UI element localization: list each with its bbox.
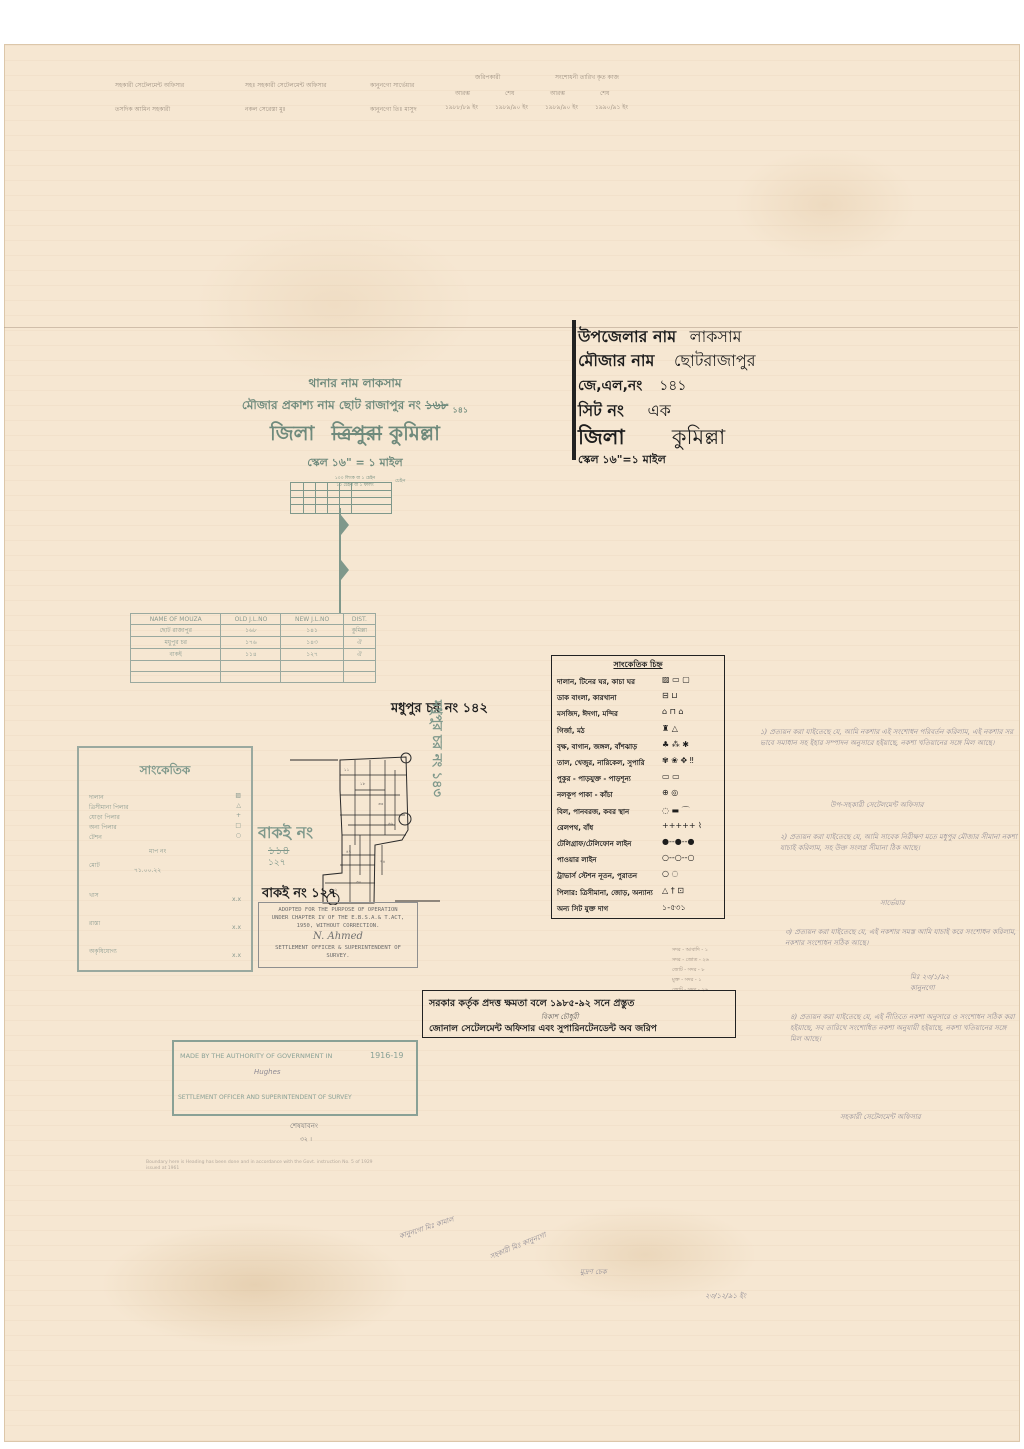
old-title-block: থানার নাম লাকসাম মৌজার প্রকাশ্য নাম ছোট … — [190, 375, 520, 489]
legend-symbol-icon: ⊟ ⊔ — [662, 691, 678, 700]
table-row: মধুপুর চর১৭৬১৪৩ঐ — [131, 637, 376, 649]
old-scale: স্কেল ১৬" = ১ মাইল — [190, 454, 520, 473]
preparation-box: সরকার কর্তৃক প্রদত্ত ক্ষমতা বলে ১৯৮৫-৯২ … — [422, 990, 736, 1038]
made-by-stamp: MADE BY THE AUTHORITY OF GOVERNMENT IN 1… — [172, 1040, 418, 1116]
legend-symbol-icon: ●--●--● — [662, 837, 695, 846]
old-legend-symbol-icon: + — [236, 812, 241, 819]
svg-text:৭৪: ৭৪ — [380, 859, 386, 864]
sheet-value: এক — [647, 401, 670, 420]
old-legend-area-value: x.x — [232, 896, 241, 903]
legend-item-label: মসজিদ, ঈদগা, মন্দির — [557, 708, 618, 720]
new-mouza-number: ১৪১ — [453, 405, 469, 414]
sheet-label: সিট নং — [578, 401, 624, 420]
svg-text:৩৩: ৩৩ — [378, 801, 384, 806]
legend-symbol-icon: ○--○--○ — [662, 853, 695, 862]
west-new-number: ১২৭ — [268, 855, 286, 870]
legend-item-label: তাল, খেজুর, নারিকেল, সুপারি — [557, 757, 645, 769]
old-mouza-name: মৌজার প্রকাশ্য নাম ছোট রাজাপুর নং — [242, 398, 421, 412]
tally-line: সদর - আবাদি - ১ — [672, 945, 709, 955]
old-legend-symbol-icon: ▨ — [235, 792, 241, 799]
old-legend-item: টেশন — [89, 832, 102, 843]
old-district-prefix: জিলা — [270, 421, 314, 445]
footer-note: Boundary here is Heading has been done a… — [146, 1160, 386, 1172]
legend-symbol-icon: ✾ ❀ ✥ ‼ — [662, 756, 694, 765]
scale-bar — [290, 482, 392, 514]
old-district-new: কুমিল্লা — [389, 421, 440, 445]
legend-symbol-icon: ▭ ▭ — [662, 772, 680, 781]
north-arrow-head — [341, 515, 349, 535]
adopted-signature: N. Ahmed — [259, 930, 417, 944]
svg-text:৩০: ৩০ — [356, 879, 362, 884]
old-legend-symbol-icon: □ — [235, 822, 241, 829]
mouza-label: মৌজার নাম — [578, 351, 654, 370]
old-sheet-value: ৩২ । — [300, 1134, 312, 1145]
made-signature: Hughes — [254, 1068, 281, 1076]
old-sheet-label: শেষযাবনং — [290, 1120, 318, 1132]
old-legend-area-label: রাস্তা — [89, 918, 100, 929]
legend-symbol-icon: ○ ◌ — [662, 869, 679, 878]
table-row — [131, 661, 376, 672]
scale-unit: চেইন — [395, 478, 405, 486]
legend-item-label: পিলার: ত্রিসীমানা, জোড়, অন্যান্য — [557, 887, 653, 899]
legend-item-label: পুকুর - পাড়যুক্ত - পাড়শূন্য — [557, 773, 631, 785]
old-legend-box: সাংকেতিক দালান▨ত্রিসীমানা পিলার△যোড়া পি… — [77, 746, 253, 972]
legend-symbol-icon: +++++ ⌇ — [662, 821, 702, 830]
table-row — [131, 672, 376, 683]
legend-item-label: নলকূপ পাকা - কাঁচা — [557, 789, 613, 801]
legend-item-label: রেলপথ, বাঁধ — [557, 822, 593, 834]
legend-item-label: পাওয়ার লাইন — [557, 854, 596, 866]
north-arrow-tail — [341, 560, 349, 580]
legend-symbol-icon: ⊕ ◎ — [662, 788, 678, 797]
svg-text:১১: ১১ — [344, 767, 350, 772]
adopted-stamp: ADOPTED FOR THE PURPOSE OF OPERATION UND… — [258, 902, 418, 968]
upazila-label: উপজেলার নাম — [578, 327, 676, 346]
mouza-value: ছোটরাজাপুর — [674, 351, 756, 370]
legend-box: সাংকেতিক চিহ্ন দালান, টিনের ঘর, কাচা ঘর▨… — [551, 655, 725, 919]
mouza-table: NAME OF MOUZA OLD J.L.NO NEW J.L.NO DIST… — [130, 613, 376, 683]
old-legend-area-value: x.x — [232, 952, 241, 959]
district-label: জিলা — [578, 425, 625, 449]
old-district-struck: ত্রিপুরা — [331, 421, 382, 445]
legend-item-label: ডাক বাংলা, কারখানা — [557, 692, 616, 704]
legend-item-label: বিল, পানবরজ, কবর স্থান — [557, 806, 629, 818]
district-value: কুমিল্লা — [672, 425, 725, 449]
old-legend-symbol-icon: ○ — [236, 832, 241, 839]
old-mouza-number: ১৬৮ — [425, 398, 448, 412]
old-legend-area-value: x.x — [232, 924, 241, 931]
tally-line: সদর - জোত - ২৬ — [672, 955, 709, 965]
old-legend-area-label: অকৃষিযোগ্য — [89, 946, 117, 957]
legend-item-label: অন্য সিট যুক্ত দাগ — [557, 903, 608, 915]
tally-line: মুক্ত - সদর - ১ — [672, 975, 709, 985]
table-row: ছোট রাজাপুর১৬৮১৪১কুমিল্লা — [131, 625, 376, 637]
svg-text:৬৯: ৬৯ — [388, 821, 394, 826]
legend-symbol-icon: ⌂ ⊓ ⌂ — [662, 707, 683, 716]
side-tally: সদর - আবাদি - ১সদর - জোত - ২৬জোট - সদর -… — [672, 945, 709, 995]
legend-item-label: গির্জা, মঠ — [557, 725, 585, 737]
jl-value: ১৪১ — [659, 378, 686, 394]
svg-text:৪৭: ৪৭ — [346, 849, 352, 854]
east-neighbor-label: মধুপুর চর নং ১৪৩ — [430, 700, 446, 820]
legend-item-label: ট্রাভার্স স্টেশন নূতন, পুরাতন — [557, 870, 637, 882]
old-legend-area-label: খাস — [89, 890, 99, 901]
legend-item-label: টেলিগ্রাফ/টেলিফোন লাইন — [557, 838, 631, 850]
tally-line: জোট - সদর - ৮ — [672, 965, 709, 975]
legend-item-label: বৃক্ষ, বাগান, জঙ্গল, বাঁশঝাড় — [557, 741, 637, 753]
thana-name: থানার নাম লাকসাম — [190, 375, 520, 395]
title-bar-decoration — [572, 320, 576, 460]
legend-symbol-icon: ♜ △ — [662, 724, 678, 733]
legend-symbol-icon: ◌ ▬ ⌒ — [662, 805, 690, 816]
upazila-value: লাকসাম — [690, 327, 742, 346]
legend-symbol-icon: ♣ ⁂ ✱ — [662, 740, 689, 749]
legend-item-label: দালান, টিনের ঘর, কাচা ঘর — [557, 676, 635, 688]
jl-label: জে,এল,নং — [578, 378, 642, 394]
legend-symbol-icon: △ † ⊡ — [662, 886, 684, 895]
scale-text: স্কেল ১৬"=১ মাইল — [578, 451, 666, 470]
old-legend-title: সাংকেতিক — [79, 762, 251, 782]
fold-line — [4, 327, 1018, 328]
table-row: বাকই১১৪১২৭ঐ — [131, 649, 376, 661]
legend-title: সাংকেতিক চিহ্ন — [552, 659, 724, 672]
made-year: 1916-19 — [370, 1051, 403, 1060]
legend-symbol-icon: ▨ ▭ ▢ — [662, 675, 690, 684]
legend-symbol-icon: ১-৫৩১ — [662, 902, 686, 915]
old-legend-symbol-icon: △ — [236, 802, 241, 809]
svg-text:১৮: ১৮ — [360, 781, 366, 786]
